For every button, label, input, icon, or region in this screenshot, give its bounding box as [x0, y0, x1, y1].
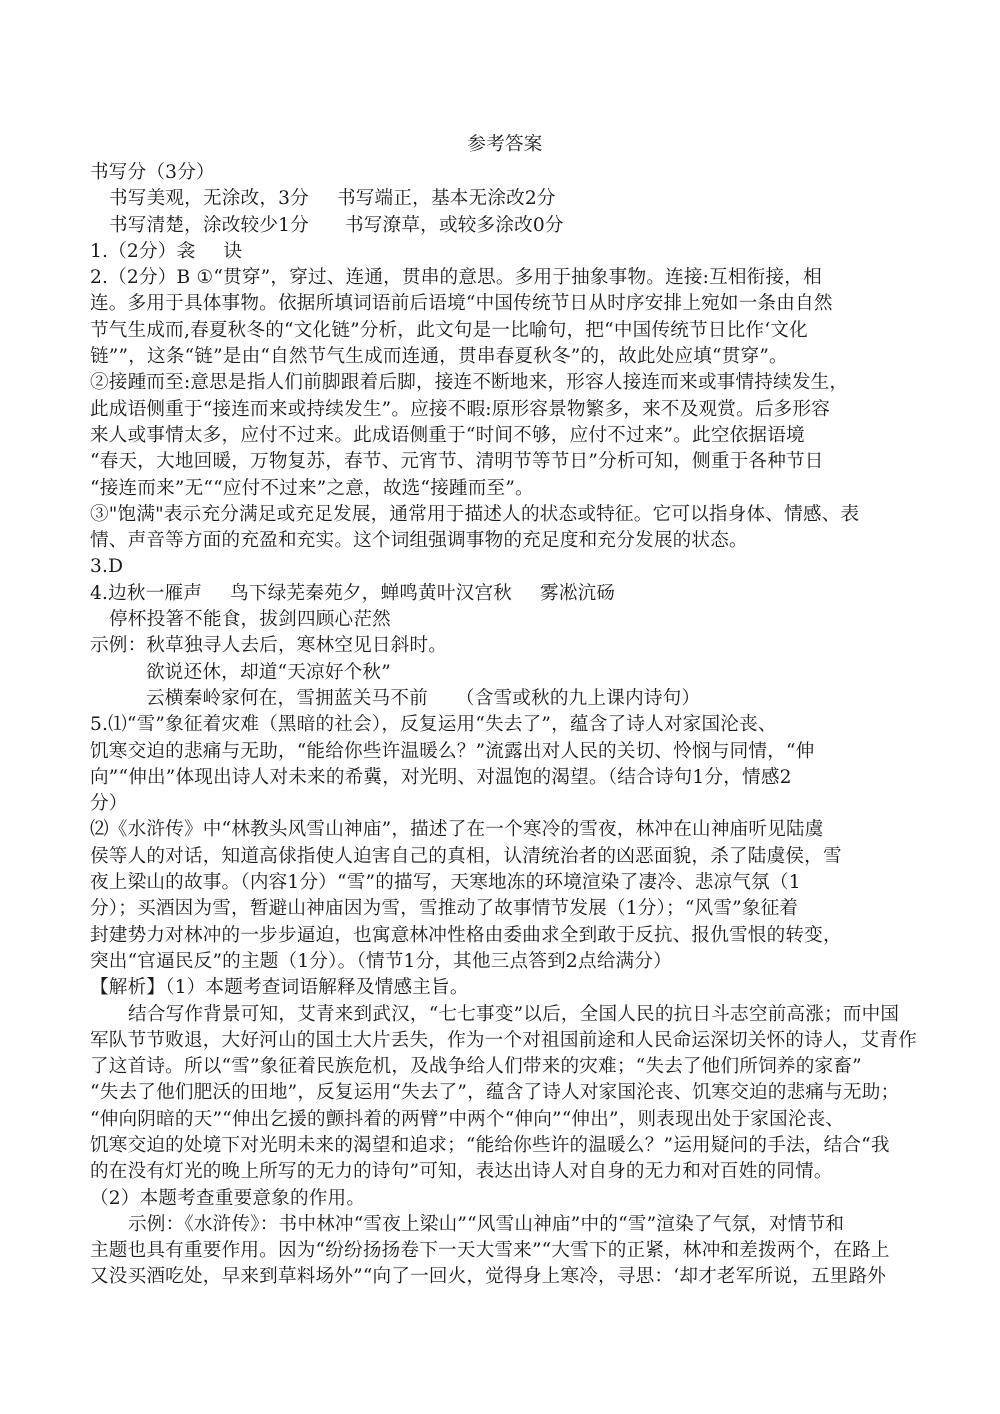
- example-verse: 欲说还休，却道“天凉好个秋”: [90, 660, 920, 686]
- question-4-line-1: 4.边秋一雁声鸟下绿芜秦苑夕，蝉鸣黄叶汉宫秋雾凇沆砀: [90, 581, 920, 607]
- example-verse: 云横秦岭家何在，雪拥蓝关马不前: [146, 688, 428, 709]
- writing-criterion: 书写美观，无涂改，3分: [109, 188, 309, 209]
- analysis-part-2-heading: （2）本题考查重要意象的作用。: [90, 1186, 920, 1212]
- answer-word: 诀: [223, 241, 242, 262]
- question-4-line-2: 停杯投箸不能食，拔剑四顾心茫然: [90, 607, 920, 633]
- text-line: ②接踵而至:意思是指人们前脚跟着后脚，接连不断地来，形容人接连而来或事情持续发生…: [90, 370, 920, 396]
- question-1-answer: 1.（2分）衾诀: [90, 239, 920, 265]
- question-5-answer: 5.⑴“雪”象征着灾难（黑暗的社会），反复运用“失去了”，蕴含了诗人对家国沦丧、…: [90, 712, 920, 975]
- text-line: 此成语侧重于“接连而来或持续发生”。应接不暇:原形容景物繁多，来不及观赏。后多形…: [90, 397, 920, 423]
- page-title: 参考答案: [90, 132, 920, 158]
- writing-criterion: 书写清楚，涂改较少1分: [109, 215, 309, 236]
- text-line: 分）: [90, 791, 920, 817]
- example-verse: 秋草独寻人去后，寒林空见日斜时。: [146, 635, 447, 656]
- text-line: 夜上梁山的故事。（内容1分）“雪”的描写，天寒地冻的环境渲染了凄冷、悲凉气氛（1: [90, 870, 920, 896]
- example-note: （含雪或秋的九上课内诗句）: [456, 688, 700, 709]
- answer-word: 衾: [177, 241, 196, 262]
- text-line: 向”“伸出”体现出诗人对未来的希冀，对光明、对温饱的渴望。（结合诗句1分，情感2: [90, 765, 920, 791]
- writing-criteria-row: 书写清楚，涂改较少1分书写潦草，或较多涂改0分: [90, 213, 920, 239]
- text-line: 情、声音等方面的充盈和充实。这个词组强调事物的充足度和充分发展的状态。: [90, 528, 920, 554]
- analysis-bracket-label: 【解析】: [90, 977, 165, 998]
- question-4-label: 4.: [90, 583, 108, 604]
- text-line: 饥寒交迫的悲痛与无助，“能给你些许温暖么？”流露出对人民的关切、怜悯与同情，“伸: [90, 739, 920, 765]
- writing-criteria-row: 书写美观，无涂改，3分书写端正，基本无涂改2分: [90, 186, 920, 212]
- text-line: 了这首诗。所以“雪”象征着民族危机，及战争给人们带来的灾难；“失去了他们所饲养的…: [90, 1054, 920, 1080]
- text-line: 的在没有灯光的晚上所写的无力的诗句”可知，表达出诗人对自身的无力和对百姓的同情。: [90, 1159, 920, 1185]
- text-line: 来人或事情太多，应付不过来。此成语侧重于“时间不够，应付不过来”。此空依据语境: [90, 423, 920, 449]
- text-line: 封建势力对林冲的一步步逼迫，也寓意林冲性格由委曲求全到敢于反抗、报仇雪恨的转变，: [90, 923, 920, 949]
- text-line: 链””，这条“链”是由“自然节气生成而连通，贯串春夏秋冬”的，故此处应填“贯穿”…: [90, 344, 920, 370]
- text-line: ⑵《水浒传》中“林教头风雪山神庙”，描述了在一个寒冷的雪夜，林冲在山神庙听见陆虞: [90, 817, 920, 843]
- text-line: 突出“官逼民反”的主题（1分）。（情节1分，其他三点答到2点给满分）: [90, 949, 920, 975]
- text-line: 连。多用于具体事物。依据所填词语前后语境“中国传统节日从时序安排上宛如一条由自然: [90, 291, 920, 317]
- text-line: 分）；买酒因为雪，暂避山神庙因为雪，雪推动了故事情节发展（1分）；“风雪”象征着: [90, 896, 920, 922]
- answer-phrase: 雾凇沆砀: [540, 583, 615, 604]
- example-line: 示例：秋草独寻人去后，寒林空见日斜时。: [90, 633, 920, 659]
- text-line: “伸向阴暗的天”“伸出乞援的颤抖着的两臂”中两个“伸向”“伸出”，则表现出处于家…: [90, 1107, 920, 1133]
- text-line: 军队节节败退，大好河山的国土大片丢失，作为一个对祖国前途和人民命运深切关怀的诗人…: [90, 1028, 920, 1054]
- text-line: 节气生成而,春夏秋冬的“文化链”分析，此文句是一比喻句，把“中国传统节日比作‘文…: [90, 318, 920, 344]
- question-3-answer: 3.D: [90, 554, 920, 580]
- analysis-section: 【解析】（1）本题考查词语解释及情感主旨。 结合写作背景可知，艾青来到武汉，“七…: [90, 975, 920, 1291]
- text-line: 主题也具有重要作用。因为“纷纷扬扬卷下一天大雪来”“大雪下的正紧，林冲和差拨两个…: [90, 1238, 920, 1264]
- answer-key-page: 参考答案 书写分（3分） 书写美观，无涂改，3分书写端正，基本无涂改2分 书写清…: [90, 132, 920, 1291]
- writing-score-section: 书写分（3分） 书写美观，无涂改，3分书写端正，基本无涂改2分 书写清楚，涂改较…: [90, 160, 920, 239]
- writing-score-heading: 书写分（3分）: [90, 160, 920, 186]
- text-line: ③"饱满"表示充分满足或充足发展，通常用于描述人的状态或特征。它可以指身体、情感…: [90, 502, 920, 528]
- writing-criterion: 书写端正，基本无涂改2分: [337, 188, 556, 209]
- question-2-answer: 2.（2分）B ①“贯穿”，穿过、连通，贯串的意思。多用于抽象事物。连接:互相衔…: [90, 265, 920, 554]
- analysis-part-1-heading: （1）本题考查词语解释及情感主旨。: [165, 977, 468, 998]
- answer-phrase: 鸟下绿芜秦苑夕，蝉鸣黄叶汉宫秋: [230, 583, 512, 604]
- text-line: 示例：《水浒传》：书中林冲“雪夜上梁山”“风雪山神庙”中的“雪”渲染了气氛，对情…: [90, 1212, 920, 1238]
- text-line: 结合写作背景可知，艾青来到武汉，“七七事变”以后，全国人民的抗日斗志空前高涨；而…: [90, 1002, 920, 1028]
- analysis-heading: 【解析】（1）本题考查词语解释及情感主旨。: [90, 975, 920, 1001]
- example-label: 示例：: [90, 635, 146, 656]
- text-line: 2.（2分）B ①“贯穿”，穿过、连通，贯串的意思。多用于抽象事物。连接:互相衔…: [90, 265, 920, 291]
- text-line: “接连而来”无““应付不过来”之意，故选“接踵而至”。: [90, 476, 920, 502]
- question-4-answer: 4.边秋一雁声鸟下绿芜秦苑夕，蝉鸣黄叶汉宫秋雾凇沆砀 停杯投箸不能食，拔剑四顾心…: [90, 581, 920, 712]
- writing-criterion: 书写潦草，或较多涂改0分: [345, 215, 564, 236]
- text-line: 侯等人的对话，知道高俅指使人迫害自己的真相，认清统治者的凶恶面貌，杀了陆虞侯，雪: [90, 844, 920, 870]
- text-line: “春天，大地回暖，万物复苏，春节、元宵节、清明节等节日”分析可知，侧重于各种节日: [90, 449, 920, 475]
- text-line: 5.⑴“雪”象征着灾难（黑暗的社会），反复运用“失去了”，蕴含了诗人对家国沦丧、: [90, 712, 920, 738]
- answer-phrase: 边秋一雁声: [108, 583, 202, 604]
- text-line: “失去了他们肥沃的田地”，反复运用“失去了”，蕴含了诗人对家国沦丧、饥寒交迫的悲…: [90, 1080, 920, 1106]
- text-line: 又没买酒吃处，早来到草料场外”“向了一回火，觉得身上寒冷，寻思：‘却才老军所说，…: [90, 1264, 920, 1290]
- question-1-label: 1.（2分）: [90, 241, 177, 262]
- example-line: 云横秦岭家何在，雪拥蓝关马不前（含雪或秋的九上课内诗句）: [90, 686, 920, 712]
- text-line: 饥寒交迫的处境下对光明未来的渴望和追求；“能给你些许的温暖么？”运用疑问的手法，…: [90, 1133, 920, 1159]
